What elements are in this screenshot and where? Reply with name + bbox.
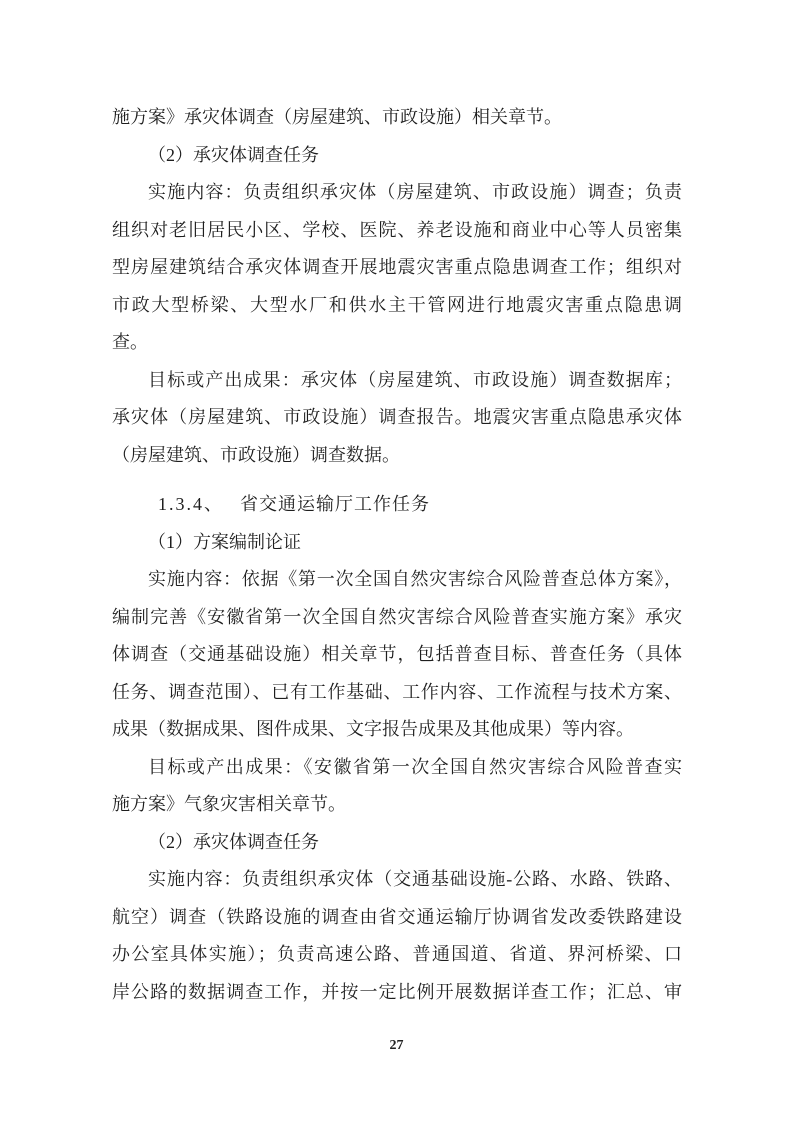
text-line: 施方案》承灾体调查（房屋建筑、市政设施）相关章节。: [112, 99, 682, 137]
paragraph: 实施内容：负责组织承灾体（交通基础设施-公路、水路、铁路、航空）调查（铁路设施的…: [112, 861, 682, 1011]
text-line: 查。: [112, 324, 682, 362]
paragraph: 目标或产出成果：承灾体（房屋建筑、市政设施）调查数据库；承灾体（房屋建筑、市政设…: [112, 362, 682, 475]
heading-number: 1.3.4、: [158, 494, 224, 514]
text-line: （2）承灾体调查任务: [112, 824, 682, 862]
text-line: 编制完善《安徽省第一次全国自然灾害综合风险普查实施方案》承灾: [112, 599, 682, 637]
text-line: （1）方案编制论证: [112, 524, 682, 562]
section-heading: 1.3.4、省交通运输厅工作任务: [112, 486, 682, 524]
text-line: 办公室具体实施）；负责高速公路、普通国道、省道、界河桥梁、口: [112, 936, 682, 974]
text-line: 承灾体（房屋建筑、市政设施）调查报告。地震灾害重点隐患承灾体: [112, 399, 682, 437]
paragraph: （2）承灾体调查任务: [112, 824, 682, 862]
text-line: 实施内容：负责组织承灾体（房屋建筑、市政设施）调查；负责: [112, 174, 682, 212]
heading-title: 省交通运输厅工作任务: [240, 494, 430, 514]
paragraph: （1）方案编制论证: [112, 524, 682, 562]
text-line: 航空）调查（铁路设施的调查由省交通运输厅协调省发改委铁路建设: [112, 899, 682, 937]
text-line: （2）承灾体调查任务: [112, 137, 682, 175]
text-line: 组织对老旧居民小区、学校、医院、养老设施和商业中心等人员密集: [112, 212, 682, 250]
text-line: 实施内容：负责组织承灾体（交通基础设施-公路、水路、铁路、: [112, 861, 682, 899]
text-block: 施方案》承灾体调查（房屋建筑、市政设施）相关章节。（2）承灾体调查任务实施内容：…: [112, 99, 682, 1011]
text-line: （房屋建筑、市政设施）调查数据。: [112, 437, 682, 475]
text-line: 体调查（交通基础设施）相关章节，包括普查目标、普查任务（具体: [112, 636, 682, 674]
text-line: 型房屋建筑结合承灾体调查开展地震灾害重点隐患调查工作；组织对: [112, 249, 682, 287]
paragraph: 施方案》承灾体调查（房屋建筑、市政设施）相关章节。: [112, 99, 682, 137]
text-line: 施方案》气象灾害相关章节。: [112, 786, 682, 824]
text-line: 目标或产出成果：《安徽省第一次全国自然灾害综合风险普查实: [112, 749, 682, 787]
page-number: 27: [0, 1036, 793, 1056]
document-page: 施方案》承灾体调查（房屋建筑、市政设施）相关章节。（2）承灾体调查任务实施内容：…: [0, 0, 793, 1122]
paragraph: 实施内容：依据《第一次全国自然灾害综合风险普查总体方案》，编制完善《安徽省第一次…: [112, 561, 682, 749]
text-line: 实施内容：依据《第一次全国自然灾害综合风险普查总体方案》，: [112, 561, 682, 599]
paragraph: （2）承灾体调查任务: [112, 137, 682, 175]
text-line: 任务、调查范围）、已有工作基础、工作内容、工作流程与技术方案、: [112, 674, 682, 712]
paragraph: 实施内容：负责组织承灾体（房屋建筑、市政设施）调查；负责组织对老旧居民小区、学校…: [112, 174, 682, 362]
paragraph: 目标或产出成果：《安徽省第一次全国自然灾害综合风险普查实施方案》气象灾害相关章节…: [112, 749, 682, 824]
text-line: 岸公路的数据调查工作，并按一定比例开展数据详查工作；汇总、审: [112, 974, 682, 1012]
text-line: 市政大型桥梁、大型水厂和供水主干管网进行地震灾害重点隐患调: [112, 287, 682, 325]
text-line: 成果（数据成果、图件成果、文字报告成果及其他成果）等内容。: [112, 711, 682, 749]
text-line: 目标或产出成果：承灾体（房屋建筑、市政设施）调查数据库；: [112, 362, 682, 400]
